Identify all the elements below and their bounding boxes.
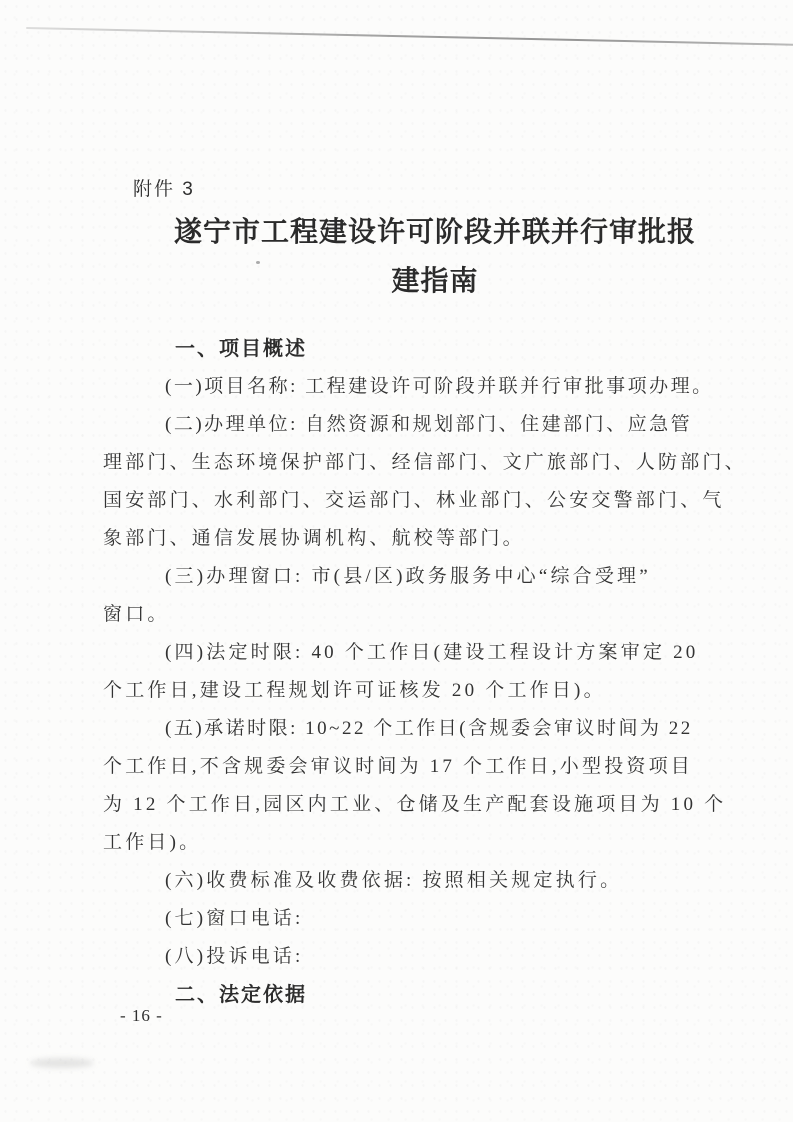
document-body: 一、项目概述 (一)项目名称: 工程建设许可阶段并联并行审批事项办理。 (二)办… <box>103 330 728 1014</box>
section-heading-2: 二、法定依据 <box>103 976 728 1014</box>
scan-edge-artifact <box>26 27 793 46</box>
text-line: 为 12 个工作日,园区内工业、仓储及生产配套设施项目为 10 个 <box>103 786 728 824</box>
text-line: (六)收费标准及收费依据: 按照相关规定执行。 <box>103 862 728 900</box>
text-line: (二)办理单位: 自然资源和规划部门、住建部门、应急管 <box>103 406 728 444</box>
section-heading-1: 一、项目概述 <box>103 330 728 368</box>
scan-smudge <box>30 1058 94 1068</box>
text-line: (四)法定时限: 40 个工作日(建设工程设计方案审定 20 <box>103 634 728 672</box>
text-line: (三)办理窗口: 市(县/区)政务服务中心“综合受理” <box>103 558 728 596</box>
page-number: - 16 - <box>120 1002 163 1030</box>
text-line: 象部门、通信发展协调机构、航校等部门。 <box>103 520 728 558</box>
text-line: 国安部门、水利部门、交运部门、林业部门、公安交警部门、气 <box>103 482 728 520</box>
text-line: (五)承诺时限: 10~22 个工作日(含规委会审议时间为 22 <box>103 710 728 748</box>
title-line-2: 建指南 <box>110 257 760 306</box>
text-line: (一)项目名称: 工程建设许可阶段并联并行审批事项办理。 <box>103 368 728 406</box>
document-title: 遂宁市工程建设许可阶段并联并行审批报 建指南 <box>110 208 760 306</box>
text-line: 窗口。 <box>103 596 728 634</box>
text-line: 工作日)。 <box>103 824 728 862</box>
text-line: 理部门、生态环境保护部门、经信部门、文广旅部门、人防部门、 <box>103 444 728 482</box>
attachment-label: 附件 3 <box>133 176 195 204</box>
text-line: 个工作日,不含规委会审议时间为 17 个工作日,小型投资项目 <box>103 748 728 786</box>
text-line: (八)投诉电话: <box>103 938 728 976</box>
text-line: 个工作日,建设工程规划许可证核发 20 个工作日)。 <box>103 672 728 710</box>
title-line-1: 遂宁市工程建设许可阶段并联并行审批报 <box>110 208 760 257</box>
text-line: (七)窗口电话: <box>103 900 728 938</box>
scanned-document-page: 附件 3 遂宁市工程建设许可阶段并联并行审批报 建指南 一、项目概述 (一)项目… <box>0 0 793 1122</box>
